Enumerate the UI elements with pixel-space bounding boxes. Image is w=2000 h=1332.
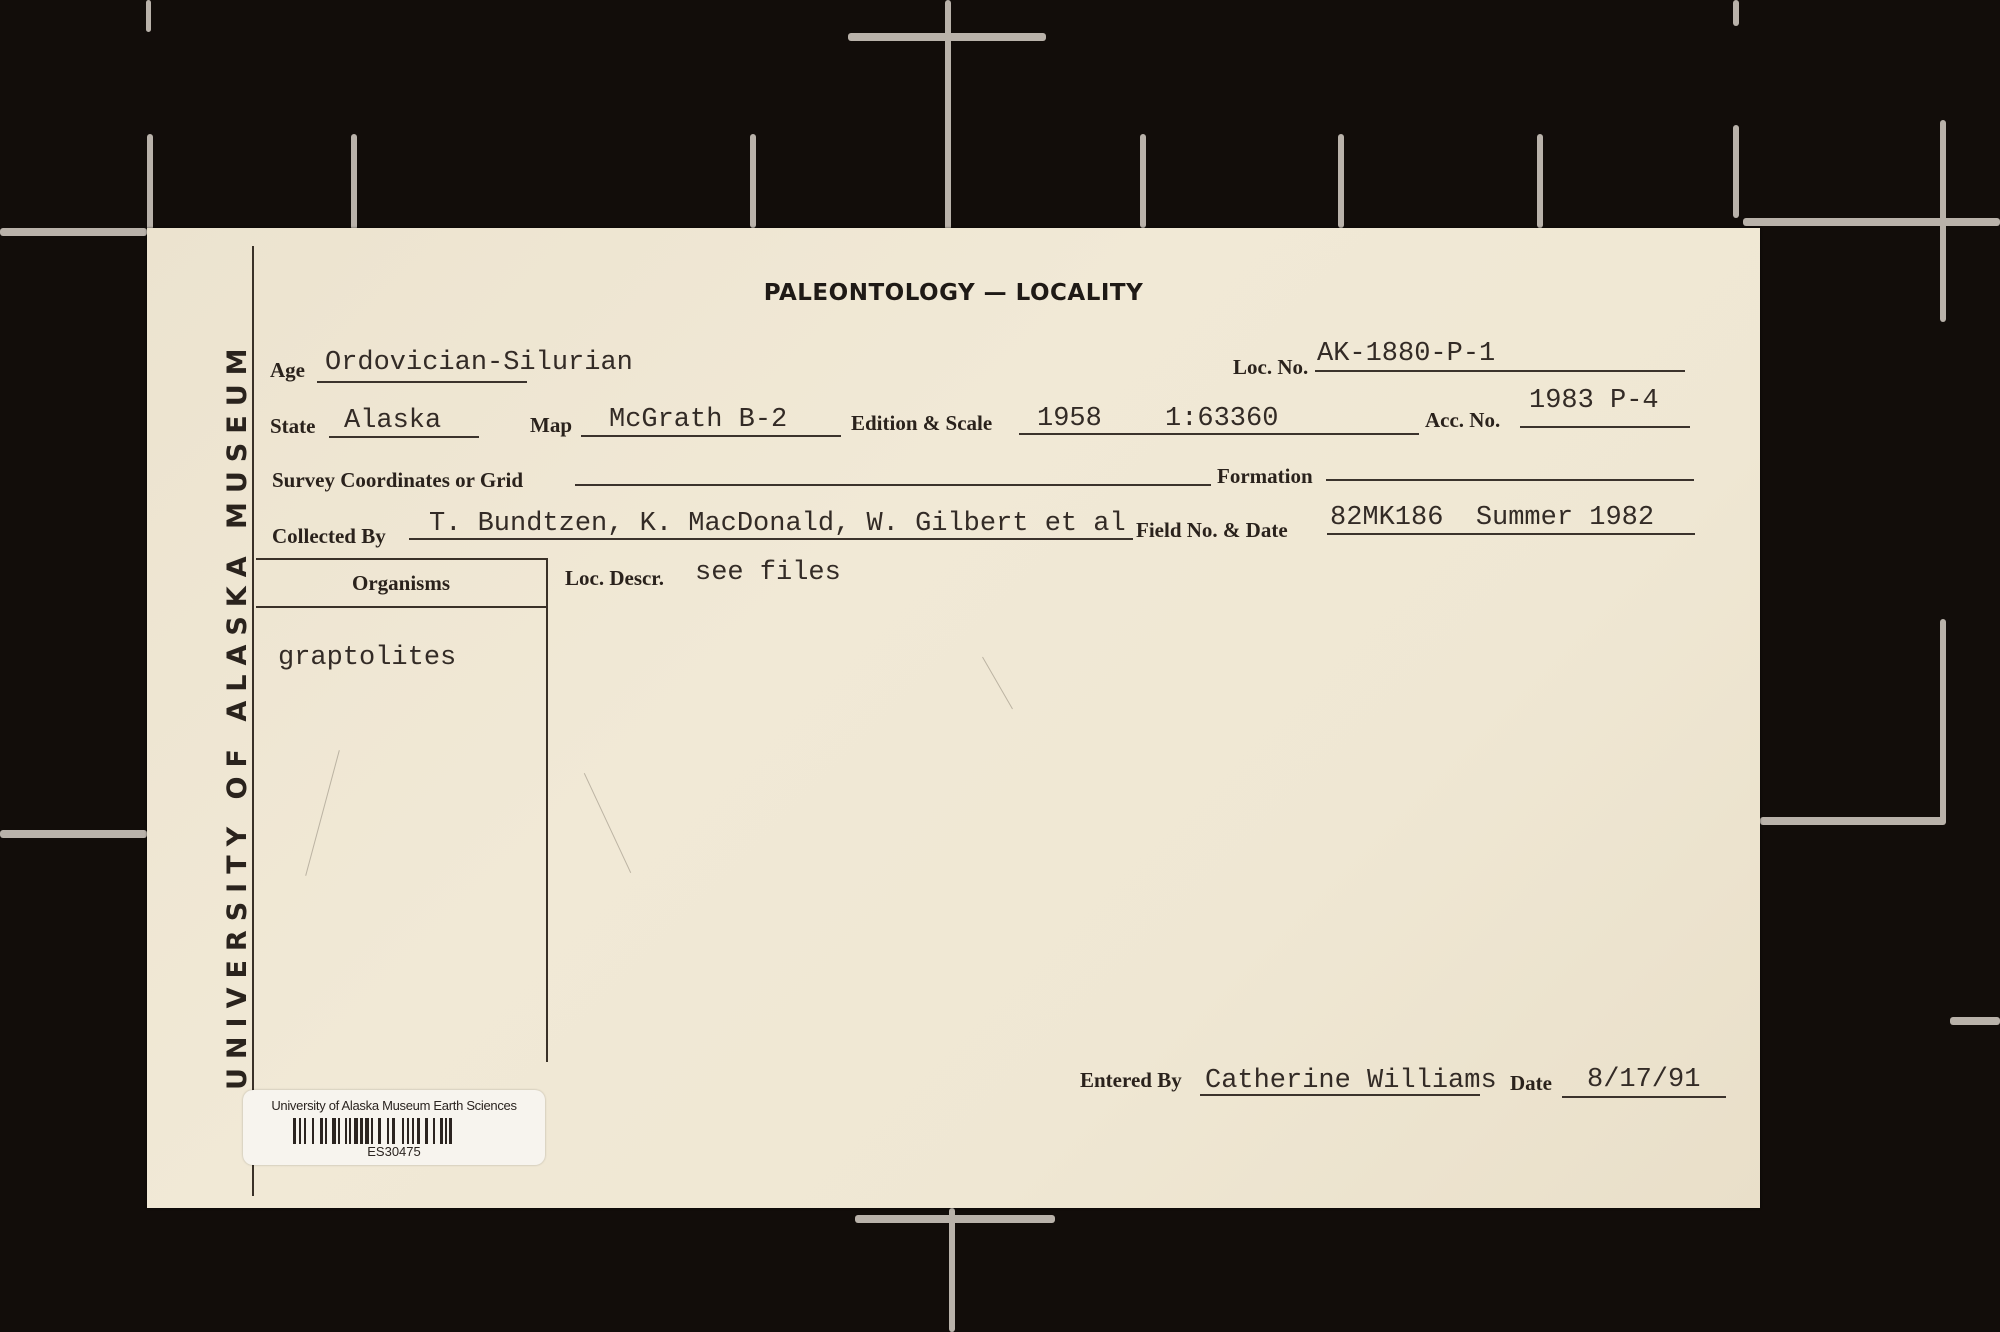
map-underline xyxy=(581,435,841,437)
scale-value: 1:63360 xyxy=(1165,404,1278,434)
grid-line xyxy=(351,134,357,230)
survey-label: Survey Coordinates or Grid xyxy=(272,468,523,493)
formation-label: Formation xyxy=(1217,464,1313,489)
barcode-number: ES30475 xyxy=(243,1144,545,1159)
organisms-value: graptolites xyxy=(278,643,456,673)
entered-by-value: Catherine Williams xyxy=(1205,1066,1497,1096)
map-label: Map xyxy=(530,413,572,438)
state-value: Alaska xyxy=(344,406,441,436)
grid-line xyxy=(147,134,153,230)
grid-line xyxy=(855,1215,1055,1223)
acc-no-label: Acc. No. xyxy=(1425,408,1500,433)
grid-line xyxy=(0,228,147,236)
loc-no-underline xyxy=(1315,370,1685,372)
grid-line xyxy=(949,1208,955,1332)
organisms-header: Organisms xyxy=(256,560,546,608)
acc-no-value: 1983 P-4 xyxy=(1529,386,1659,416)
grid-line xyxy=(1733,0,1739,26)
field-no-date-value: 82MK186 Summer 1982 xyxy=(1330,503,1654,533)
pencil-mark xyxy=(584,773,631,873)
card-title: PALEONTOLOGY — LOCALITY xyxy=(147,280,1760,306)
barcode-label: University of Alaska Museum Earth Scienc… xyxy=(243,1090,545,1165)
collected-by-underline xyxy=(409,538,1133,540)
grid-line xyxy=(1940,619,1946,824)
loc-descr-label: Loc. Descr. xyxy=(565,566,664,591)
state-label: State xyxy=(270,414,316,439)
age-label: Age xyxy=(270,358,305,383)
grid-line xyxy=(1140,134,1146,228)
loc-no-label: Loc. No. xyxy=(1233,355,1308,380)
collected-by-value: T. Bundtzen, K. MacDonald, W. Gilbert et… xyxy=(429,509,1126,539)
collected-by-label: Collected By xyxy=(272,524,386,549)
barcode-icon xyxy=(293,1118,495,1144)
organisms-label: Organisms xyxy=(352,571,450,595)
edition-value: 1958 xyxy=(1037,404,1102,434)
grid-line xyxy=(1537,134,1543,228)
edition-scale-label: Edition & Scale xyxy=(851,411,992,436)
survey-underline xyxy=(575,484,1211,486)
organisms-box: Organisms graptolites xyxy=(256,558,548,1062)
state-underline xyxy=(329,436,479,438)
grid-line xyxy=(0,830,147,838)
age-underline xyxy=(317,381,527,383)
date-underline xyxy=(1562,1096,1726,1098)
grid-line xyxy=(1940,120,1946,322)
age-value: Ordovician-Silurian xyxy=(325,348,633,378)
pencil-mark xyxy=(982,657,1013,709)
grid-line xyxy=(1743,218,2000,226)
map-value: McGrath B-2 xyxy=(609,405,787,435)
field-no-date-underline xyxy=(1327,533,1695,535)
formation-underline xyxy=(1326,479,1694,481)
grid-line xyxy=(848,33,1046,41)
loc-no-value: AK-1880-P-1 xyxy=(1317,339,1495,369)
date-value: 8/17/91 xyxy=(1587,1065,1700,1095)
grid-line xyxy=(1950,1017,2000,1025)
grid-line xyxy=(1760,817,1946,825)
acc-no-underline xyxy=(1520,426,1690,428)
grid-line xyxy=(1733,125,1739,218)
barcode-title: University of Alaska Museum Earth Scienc… xyxy=(243,1098,545,1113)
field-no-date-label: Field No. & Date xyxy=(1136,518,1288,543)
loc-descr-value: see files xyxy=(695,558,841,588)
grid-line xyxy=(750,134,756,228)
locality-card: UNIVERSITY OF ALASKA MUSEUM PALEONTOLOGY… xyxy=(147,228,1760,1208)
grid-line xyxy=(1338,134,1344,228)
entered-by-underline xyxy=(1200,1094,1480,1096)
grid-line xyxy=(146,0,151,32)
edition-scale-underline xyxy=(1019,433,1419,435)
entered-by-label: Entered By xyxy=(1080,1068,1182,1093)
date-label: Date xyxy=(1510,1071,1552,1096)
institution-name: UNIVERSITY OF ALASKA MUSEUM xyxy=(222,340,253,1091)
